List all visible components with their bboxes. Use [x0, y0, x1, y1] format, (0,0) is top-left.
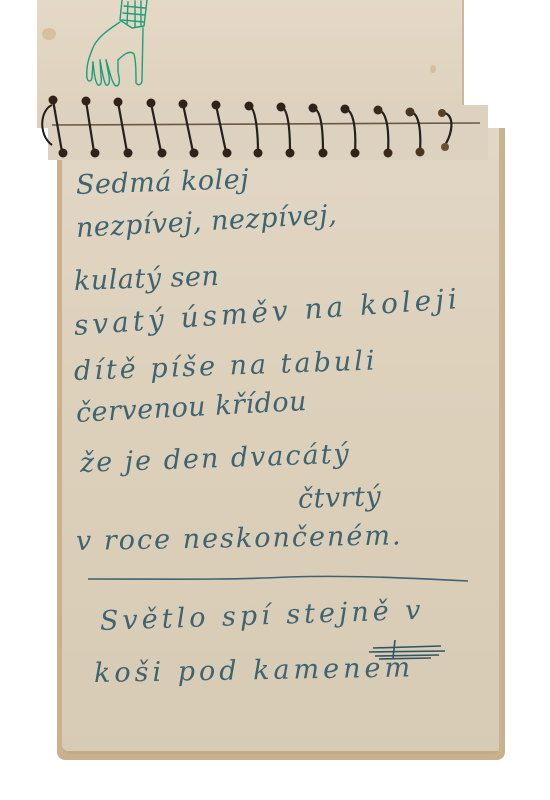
notebook-photo: Sedmá kolej nezpívej, nezpívej, kulatý s… [0, 0, 550, 800]
paper-stain [42, 28, 56, 40]
stanza-divider [88, 575, 468, 583]
poem-line: v roce neskončeném. [76, 522, 403, 555]
paper-stain [430, 65, 436, 73]
spiral-binding [40, 95, 492, 160]
crossed-out-word [365, 640, 447, 665]
hand-sketch-icon [60, 0, 160, 95]
poem-line: Sedmá kolej [76, 166, 250, 199]
poem-line: kulatý sen [74, 263, 220, 295]
poem-line: čtvrtý [298, 483, 382, 513]
